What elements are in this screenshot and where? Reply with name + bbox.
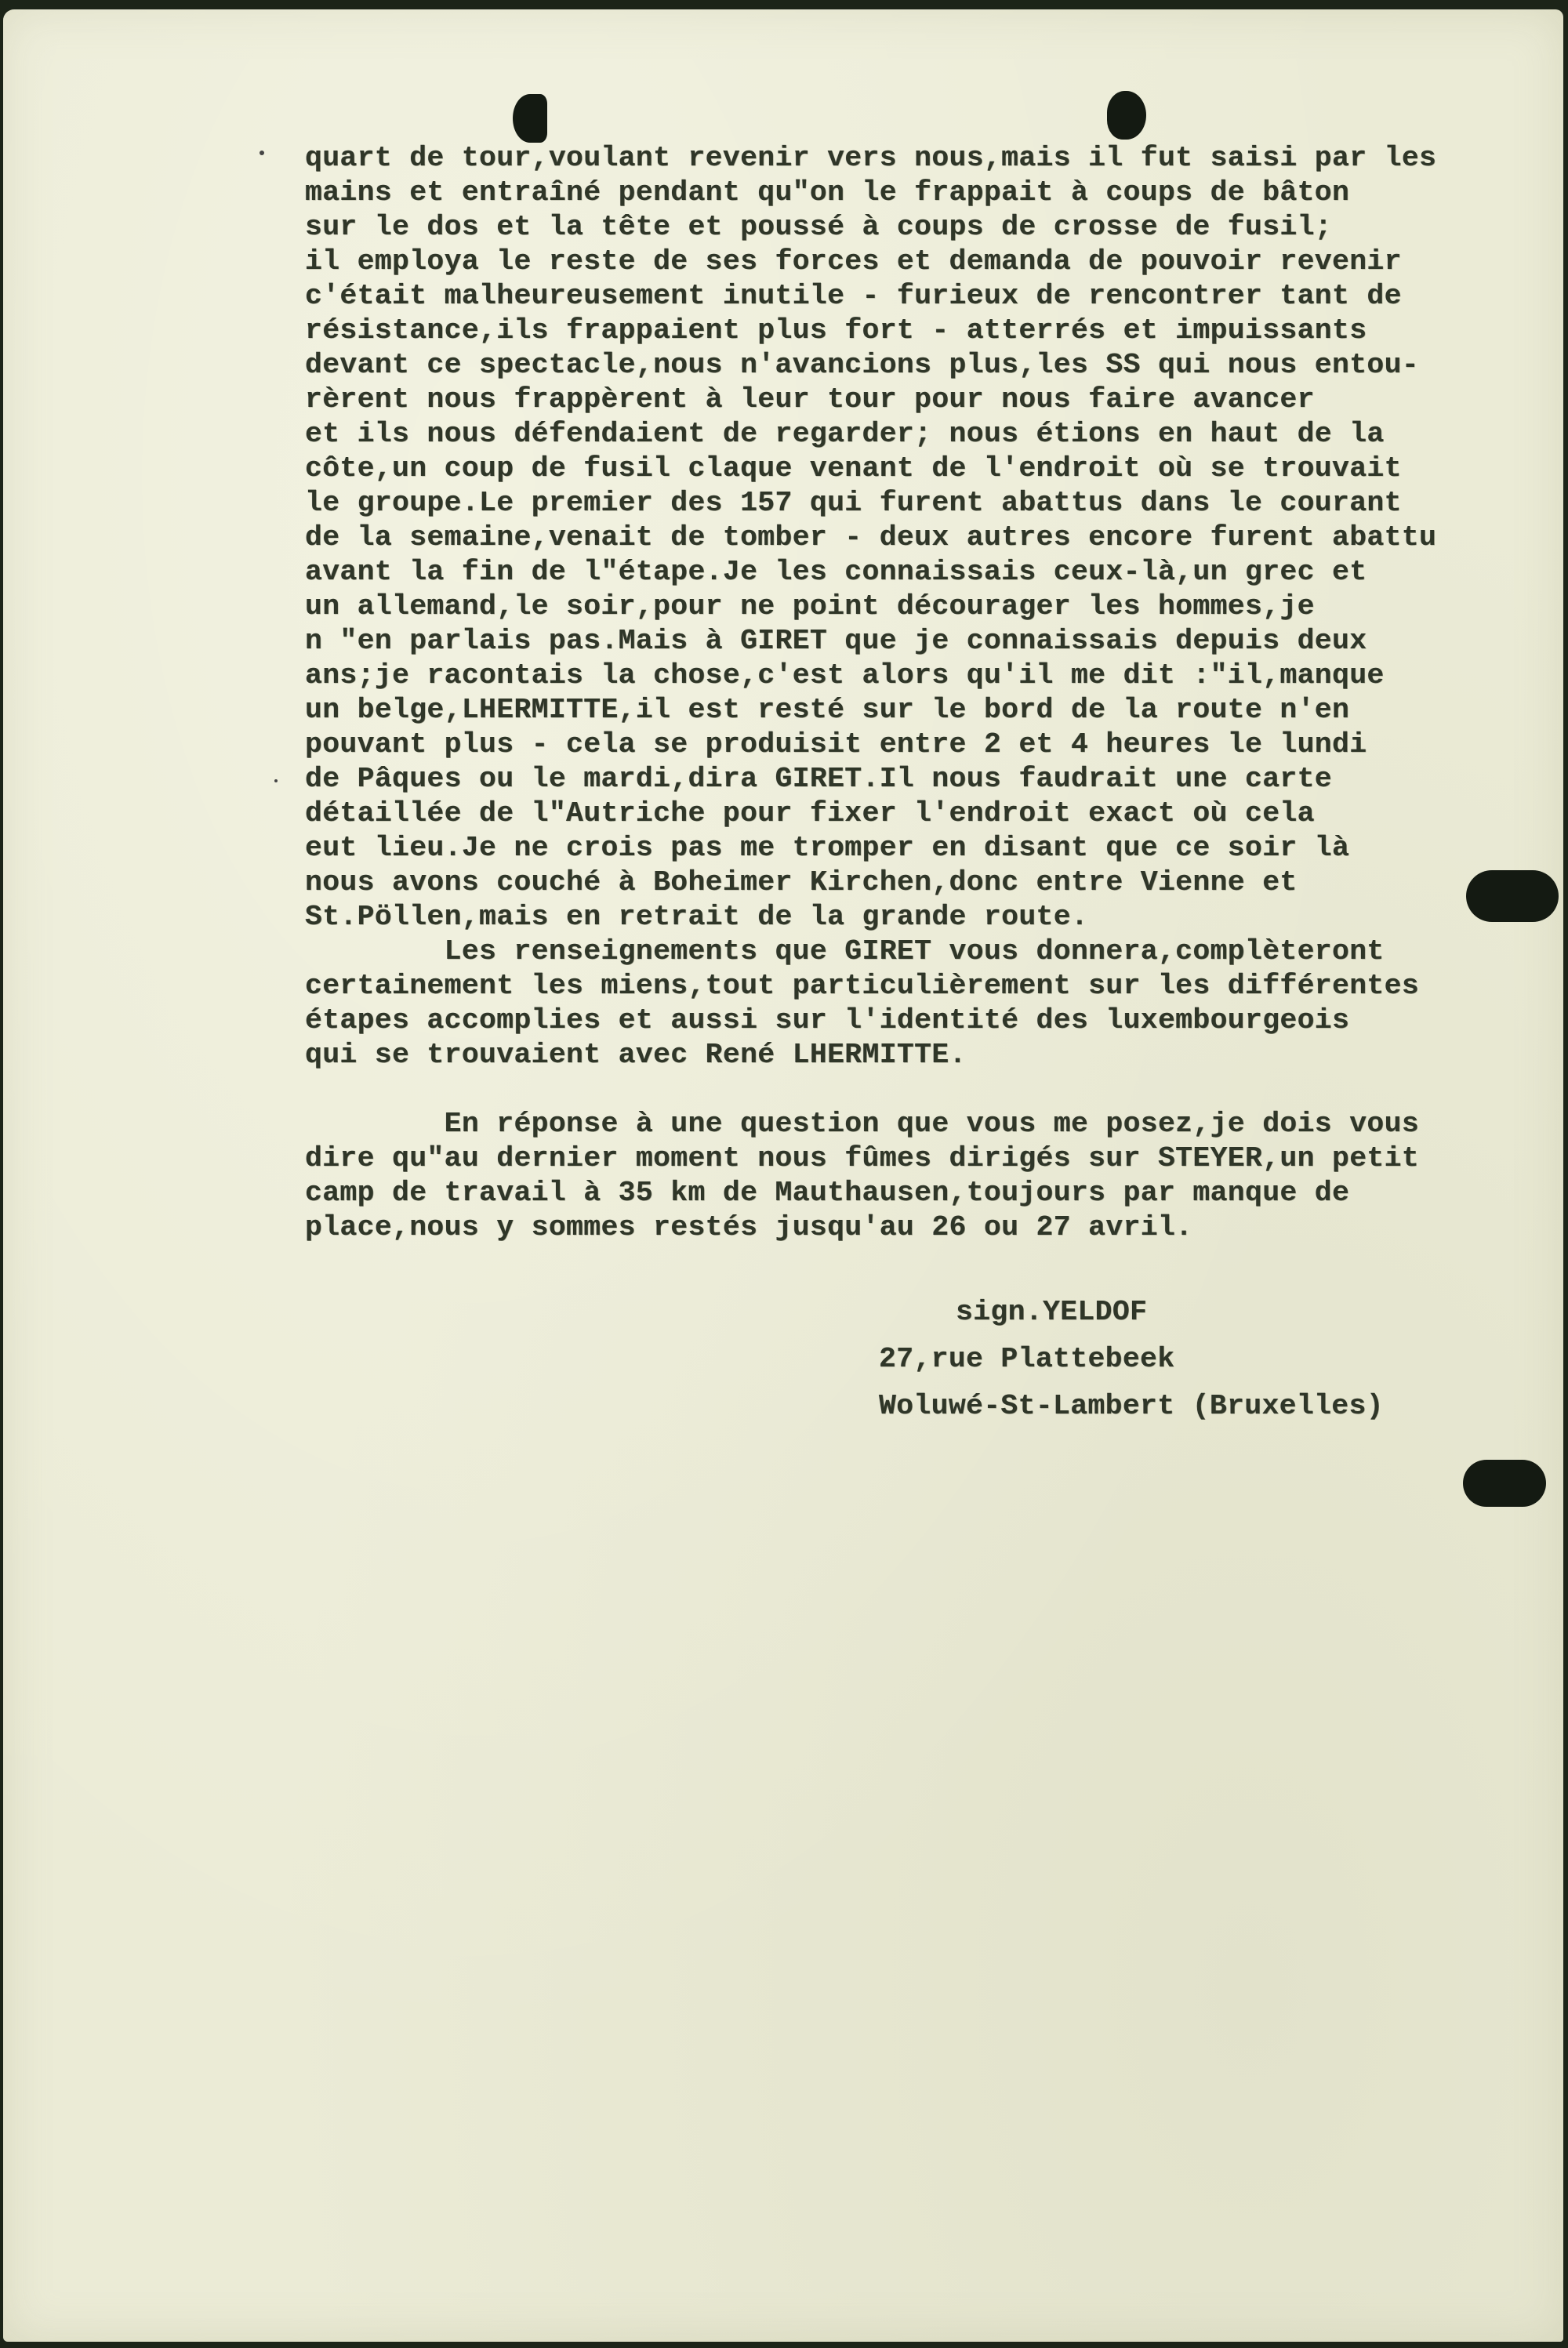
document-page: quart de tour,voulant revenir vers nous,…: [3, 9, 1563, 2342]
body-line: En réponse à une question que vous me po…: [305, 1107, 1419, 1141]
signature-city: Woluwé-St-Lambert (Bruxelles): [879, 1389, 1384, 1424]
body-line: place,nous y sommes restés jusqu'au 26 o…: [305, 1210, 1192, 1245]
punch-hole-top-left: [513, 94, 547, 143]
body-line: détaillée de l"Autriche pour fixer l'end…: [305, 797, 1315, 831]
punch-hole-top-right: [1107, 91, 1146, 140]
signature-street: 27,rue Plattebeek: [879, 1342, 1174, 1377]
body-line: le groupe.Le premier des 157 qui furent …: [305, 486, 1402, 521]
body-line: dire qu"au dernier moment nous fûmes dir…: [305, 1141, 1419, 1176]
body-line: certainement les miens,tout particulière…: [305, 969, 1419, 1003]
body-line: étapes accomplies et aussi sur l'identit…: [305, 1003, 1349, 1038]
punch-hole-right-lower: [1463, 1460, 1546, 1507]
body-line: de la semaine,venait de tomber - deux au…: [305, 521, 1436, 555]
body-line: pouvant plus - cela se produisit entre 2…: [305, 728, 1367, 762]
body-line: avant la fin de l"étape.Je les connaissa…: [305, 555, 1367, 590]
body-line: nous avons couché à Boheimer Kirchen,don…: [305, 866, 1298, 900]
body-line: sur le dos et la tête et poussé à coups …: [305, 210, 1332, 245]
body-line: mains et entraîné pendant qu"on le frapp…: [305, 176, 1349, 210]
body-line: n "en parlais pas.Mais à GIRET que je co…: [305, 624, 1367, 659]
body-line: côte,un coup de fusil claque venant de l…: [305, 452, 1402, 486]
body-line: un belge,LHERMITTE,il est resté sur le b…: [305, 693, 1349, 728]
signature-name: sign.YELDOF: [956, 1295, 1147, 1330]
body-line: résistance,ils frappaient plus fort - at…: [305, 314, 1367, 348]
body-line: eut lieu.Je ne crois pas me tromper en d…: [305, 831, 1349, 866]
body-line: devant ce spectacle,nous n'avancions plu…: [305, 348, 1419, 383]
signature-block: sign.YELDOF 27,rue Plattebeek Woluwé-St-…: [879, 1295, 949, 1456]
body-line: un allemand,le soir,pour ne point décour…: [305, 590, 1315, 624]
body-line: camp de travail à 35 km de Mauthausen,to…: [305, 1176, 1349, 1210]
punch-hole-right-middle: [1466, 870, 1559, 922]
body-line: rèrent nous frappèrent à leur tour pour …: [305, 383, 1315, 417]
letter-body: quart de tour,voulant revenir vers nous,…: [305, 141, 375, 1202]
margin-dot: [260, 151, 264, 155]
body-line: de Pâques ou le mardi,dira GIRET.Il nous…: [305, 762, 1332, 797]
body-line: et ils nous défendaient de regarder; nou…: [305, 417, 1385, 452]
body-line: qui se trouvaient avec René LHERMITTE.: [305, 1038, 967, 1072]
body-line: il employa le reste de ses forces et dem…: [305, 245, 1402, 279]
body-line: ans;je racontais la chose,c'est alors qu…: [305, 659, 1385, 693]
margin-dot: [274, 779, 278, 782]
body-line: c'était malheureusement inutile - furieu…: [305, 279, 1402, 314]
body-line: Les renseignements que GIRET vous donner…: [305, 934, 1385, 969]
body-line: St.Pöllen,mais en retrait de la grande r…: [305, 900, 1088, 934]
body-line: quart de tour,voulant revenir vers nous,…: [305, 141, 1436, 176]
